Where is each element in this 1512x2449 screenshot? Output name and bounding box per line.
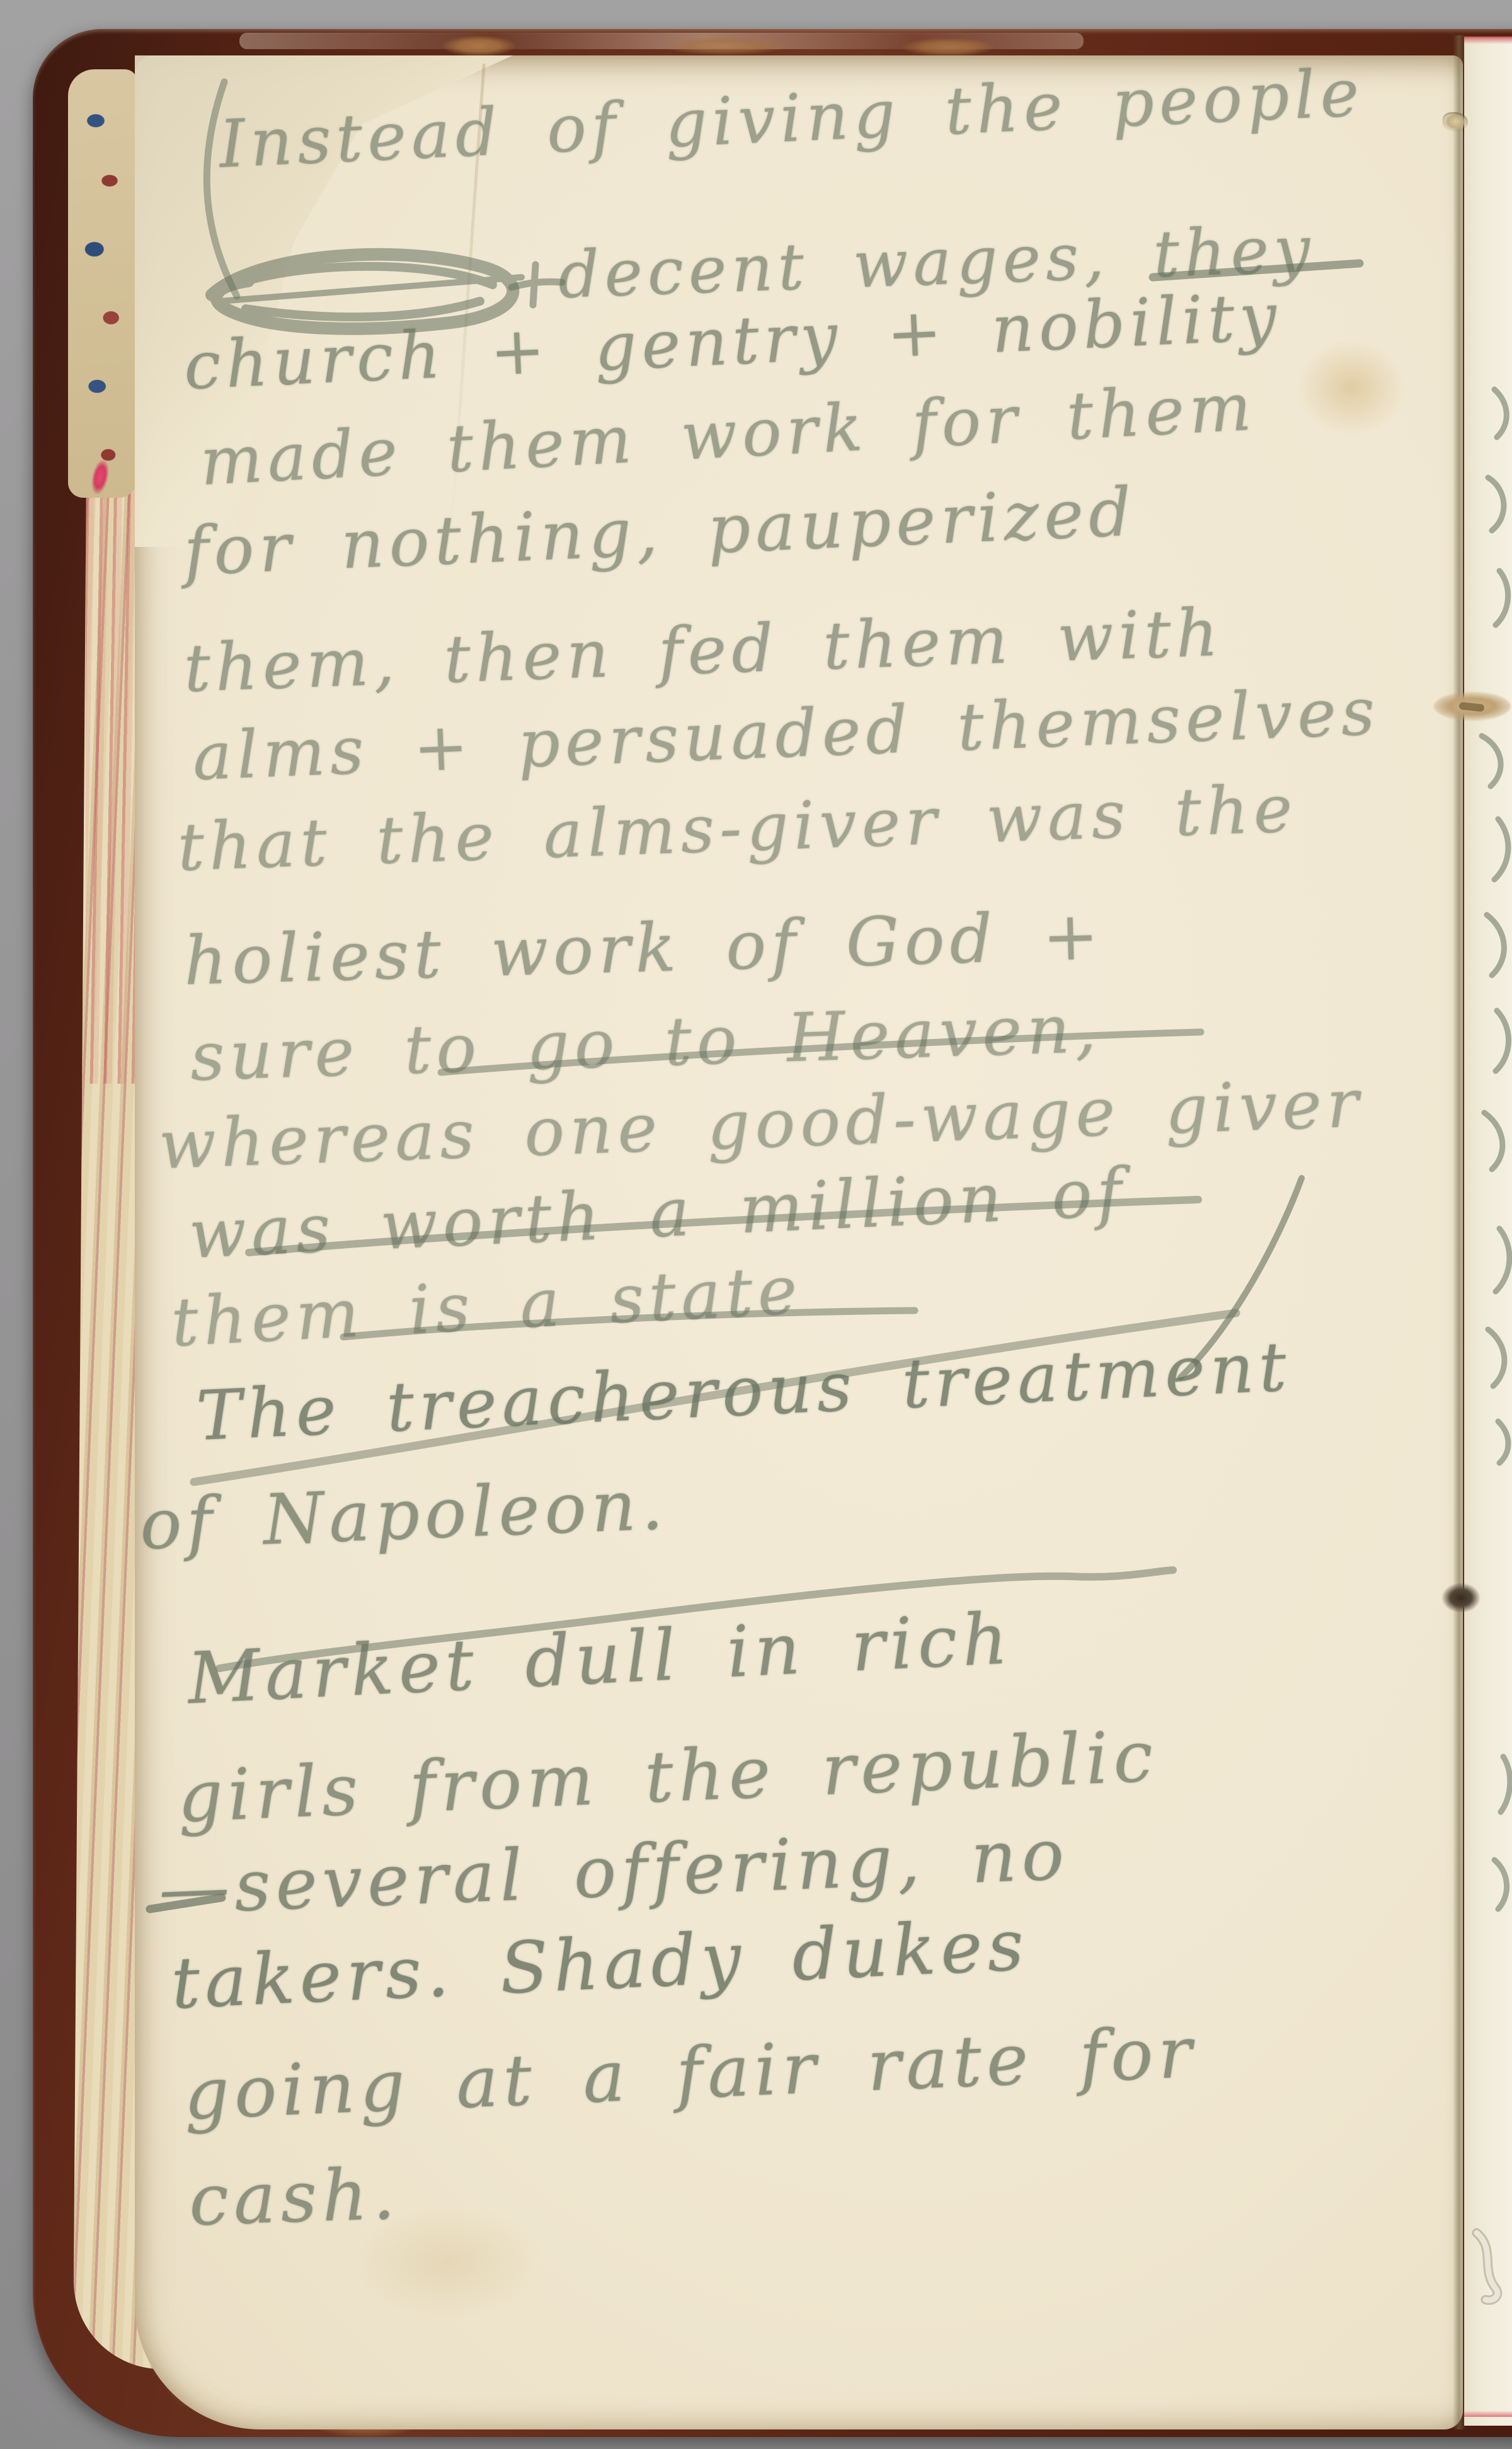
red-page-edge-top <box>1464 37 1512 44</box>
red-page-edge-bottom <box>1464 2411 1512 2417</box>
adjacent-page <box>1464 38 1512 2426</box>
binding-gutter <box>1453 35 1465 2429</box>
dark-stitch-knot <box>1441 1583 1480 1613</box>
notebook-photo: Instead of giving the people decent wage… <box>0 0 1512 2449</box>
stitch-hole <box>1443 112 1468 131</box>
handwritten-line-21: cash. <box>188 2154 401 2242</box>
marbled-endpaper-fragment <box>68 69 137 498</box>
